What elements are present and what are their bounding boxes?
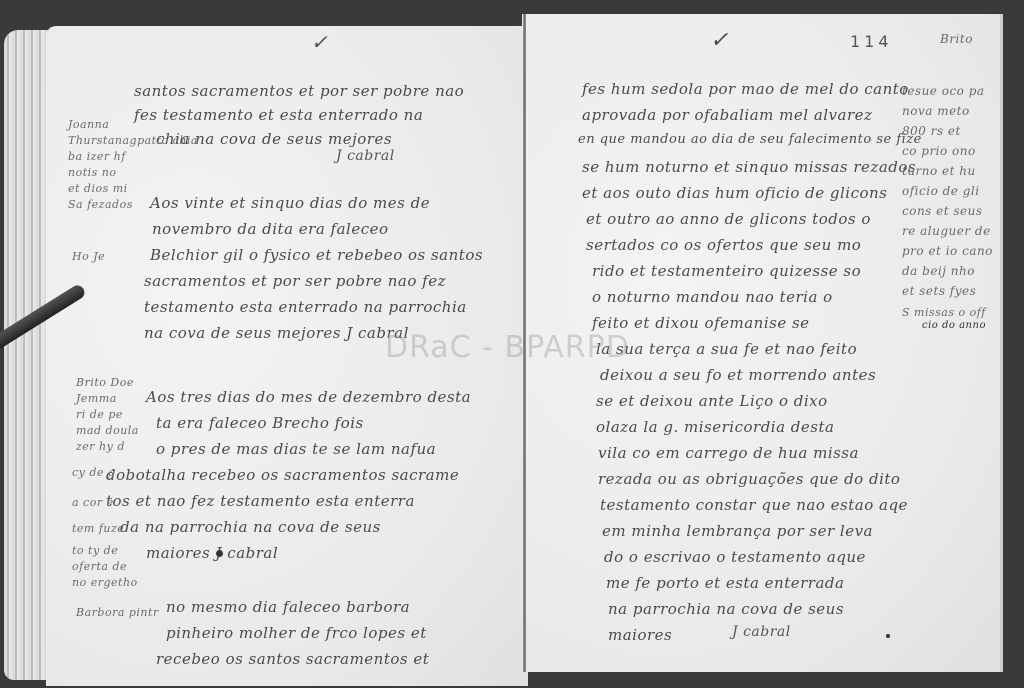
margin-note: nova meto (902, 104, 970, 118)
right-text-line: se hum noturno et sinquo missas rezados (582, 158, 916, 176)
margin-note: tem fuze (72, 522, 124, 535)
ink-dot (886, 634, 890, 638)
right-text-line: aprovada por ofabaliam mel alvarez (582, 106, 872, 124)
left-text-line: testamento esta enterrado na parrochia (144, 298, 467, 316)
margin-note: 800 rs et (902, 124, 961, 138)
left-text-line: o pres de mas dias te se lam nafua (156, 440, 436, 458)
left-text-line: recebeo os santos sacramentos et (156, 650, 429, 668)
margin-note: zer hy d (76, 440, 125, 453)
margin-note: Jemma (76, 392, 117, 405)
right-text-line: o noturno mandou nao teria o (592, 288, 833, 306)
margin-note: co prio ono (902, 144, 976, 158)
margin-note: et sets fyes (902, 284, 976, 298)
open-manuscript-book: ✓ santos sacramentos et por ser pobre na… (0, 0, 1024, 688)
margin-note: turno et hu (902, 164, 976, 178)
right-text-line: et outro ao anno de glicons todos o (586, 210, 871, 228)
right-text-line: maiores (608, 626, 672, 644)
right-text-line: sertados co os ofertos que seu mo (586, 236, 861, 254)
margin-note: cy de g. (72, 466, 119, 479)
margin-note: oferta de (72, 560, 127, 573)
margin-note: no ergetho (72, 576, 138, 589)
margin-note: oficio de gli (902, 184, 980, 198)
left-top-mark: ✓ (311, 30, 328, 54)
margin-note: a cor e (72, 496, 114, 509)
margin-note: to ty de (72, 544, 118, 557)
margin-note: Thurstanagpatto chia (68, 134, 198, 147)
left-text-line: novembro da dita era faleceo (152, 220, 389, 238)
corner-note: Brito (940, 32, 973, 46)
left-text-line: Belchior gil o fysico et rebebeo os sant… (150, 246, 483, 264)
right-text-line: vila co em carrego de hua missa (598, 444, 859, 462)
right-top-mark: ✓ (710, 28, 729, 53)
right-text-line: em minha lembrança por ser leva (602, 522, 873, 540)
margin-note: cio do anno (922, 320, 986, 331)
left-text-line: sacramentos et por ser pobre nao fez (144, 272, 446, 290)
margin-note: da beij nho (902, 264, 975, 278)
left-text-line: Aos tres dias do mes de dezembro desta (146, 388, 471, 406)
margin-note: Ho Je (72, 250, 105, 263)
margin-note: notis no (68, 166, 117, 179)
right-text-line: testamento constar que nao estao aqe (600, 496, 908, 514)
left-text-line: no mesmo dia faleceo barbora (166, 598, 410, 616)
margin-note: cons et seus (902, 204, 983, 218)
left-text-line: tos et nao fez testamento esta enterra (106, 492, 415, 510)
right-text-line: olaza la g. misericordia desta (596, 418, 834, 436)
right-text-line: deixou a seu fo et morrendo antes (600, 366, 876, 384)
archive-watermark: DRaC - BPARPD (385, 330, 630, 365)
margin-note: tesue oco pa (902, 84, 985, 98)
right-text-line: me fe porto et esta enterrada (606, 574, 844, 592)
page-number: 114 (850, 32, 893, 51)
left-text-line: da na parrochia na cova de seus (120, 518, 381, 536)
signature: J cabral (732, 624, 791, 640)
left-text-line: pinheiro molher de frco lopes et (166, 624, 427, 642)
right-text-line: do o escrivao o testamento aque (604, 548, 866, 566)
left-text-line: fes testamento et esta enterrado na (134, 106, 423, 124)
ink-blot (216, 550, 223, 557)
margin-note: Sa fezados (68, 198, 133, 211)
left-text-line: maiores J cabral (146, 544, 278, 562)
margin-note: ri de pe (76, 408, 123, 421)
right-text-line: en que mandou ao dia de seu falecimento … (578, 132, 922, 147)
right-text-line: rezada ou as obriguações que do dito (598, 470, 900, 488)
margin-note: Joanna (68, 118, 109, 131)
margin-note: Barbora pintr (76, 606, 159, 619)
right-text-line: rido et testamenteiro quizesse so (592, 262, 861, 280)
signature: J cabral (336, 148, 395, 164)
margin-note: S missas o off (902, 306, 986, 319)
margin-note: et dios mi (68, 182, 128, 195)
right-text-line: na parrochia na cova de seus (608, 600, 844, 618)
right-text-line: se et deixou ante Liço o dixo (596, 392, 828, 410)
right-text-line: la sua terça a sua fe et nao feito (596, 340, 857, 358)
left-text-line: santos sacramentos et por ser pobre nao (134, 82, 464, 100)
left-text-line: dobotalha recebeo os sacramentos sacrame (106, 466, 459, 484)
left-text-line: ta era faleceo Brecho fois (156, 414, 364, 432)
margin-note: Brito Doe (76, 376, 134, 389)
margin-note: ba izer hf (68, 150, 126, 163)
margin-note: re aluguer de (902, 224, 991, 238)
margin-note: mad doula (76, 424, 139, 437)
right-text-line: fes hum sedola por mao de mel do canto (582, 80, 909, 98)
left-text-line: Aos vinte et sinquo dias do mes de (150, 194, 430, 212)
margin-note: pro et io cano (902, 244, 993, 258)
left-text-line: na cova de seus mejores J cabral (144, 324, 409, 342)
right-text-line: et aos outo dias hum oficio de glicons (582, 184, 887, 202)
